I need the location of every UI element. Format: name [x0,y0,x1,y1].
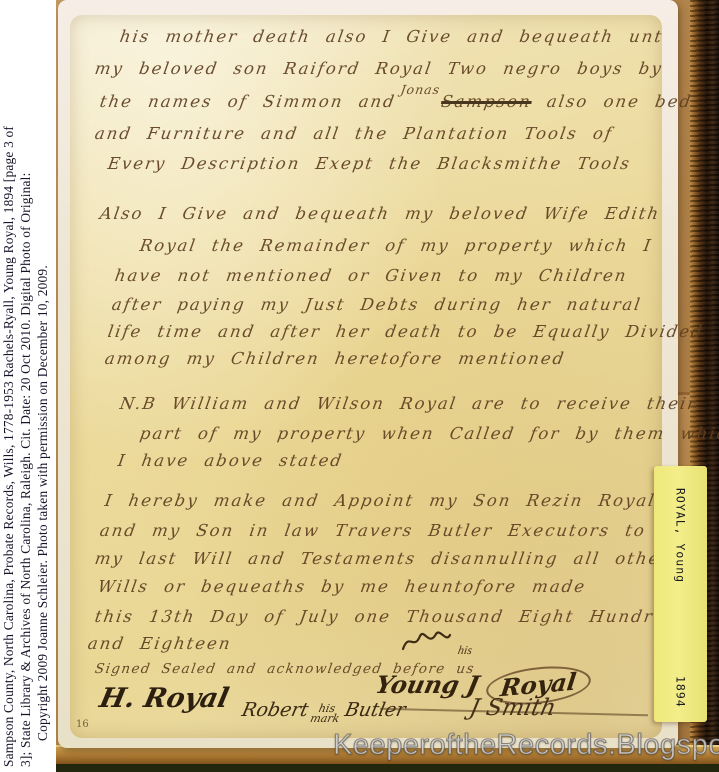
will-line: Also I Give and bequeath my beloved Wife… [98,204,661,223]
signature-j-smith: J Smith [467,695,558,721]
citation-line-2: 3]; State Library & Archives of North Ca… [18,173,34,768]
page-number: 16 [76,719,89,730]
will-page: his mother death also I Give and bequeat… [70,15,662,738]
citation-line-1: Sampson County, North Carolina, Probate … [1,126,17,767]
will-line: part of my property when Called for by t… [138,424,719,443]
will-line-part: the names of Simmon and [98,92,397,111]
will-line: and Furniture and all the Plantation Too… [93,124,614,143]
mark-label: mark [309,714,340,724]
ink-scribble [400,629,452,653]
will-line-part: also one bed [545,92,693,111]
will-line: after paying my Just Debts during her na… [110,295,643,314]
will-line: N.B William and Wilson Royal are to rece… [118,394,698,413]
will-line: this 13th Day of July one Thousand Eight… [93,607,679,626]
will-line: Every Description Exept the Blacksmithe … [106,154,632,173]
will-line: life time and after her death to be Equa… [106,322,705,341]
his-mark-stack: hismark [309,704,342,724]
will-line: I have above stated [116,451,344,470]
testator-name: Young J [373,670,482,699]
will-line: I hereby make and Appoint my Son Rezin R… [103,491,657,510]
blog-watermark: KeeperoftheRecords.Blogspot.com [333,729,719,762]
signature-first-name: Robert [240,699,311,721]
his-annotation: his [457,643,474,658]
will-line: my beloved son Raiford Royal Two negro b… [93,59,664,78]
label-year: 1894 [674,676,688,708]
dark-table-edge [56,764,719,772]
will-line: Wills or bequeaths by me heuntofore made [96,577,587,596]
will-line: have not mentioned or Given to my Childr… [113,266,628,285]
will-line: among my Children heretofore mentioned [103,349,566,368]
will-line: his mother death also I Give and bequeat… [118,27,664,46]
will-line: and Eighteen [86,634,233,653]
photo-of-will-document: his mother death also I Give and bequeat… [0,0,719,772]
will-line: the names of Simmon andJonasSampson also… [98,92,693,111]
citation-margin: Sampson County, North Carolina, Probate … [0,0,56,772]
struck-word: Sampson [440,92,533,111]
inserted-word: Jonas [400,82,442,97]
will-line: Royal the Remainder of my property which… [138,236,653,255]
folder-index-label: ROYAL, Young 1894 [654,466,707,722]
citation-line-3: Copyright 2009 Joanne Schleier. Photo ta… [35,265,51,741]
will-line: my last Will and Testaments disannulling… [93,549,671,568]
will-line: and my Son in law Travers Butler Executo… [98,521,701,540]
signature-h-royal: H. Royal [97,683,232,714]
label-surname: ROYAL, Young [674,488,688,583]
